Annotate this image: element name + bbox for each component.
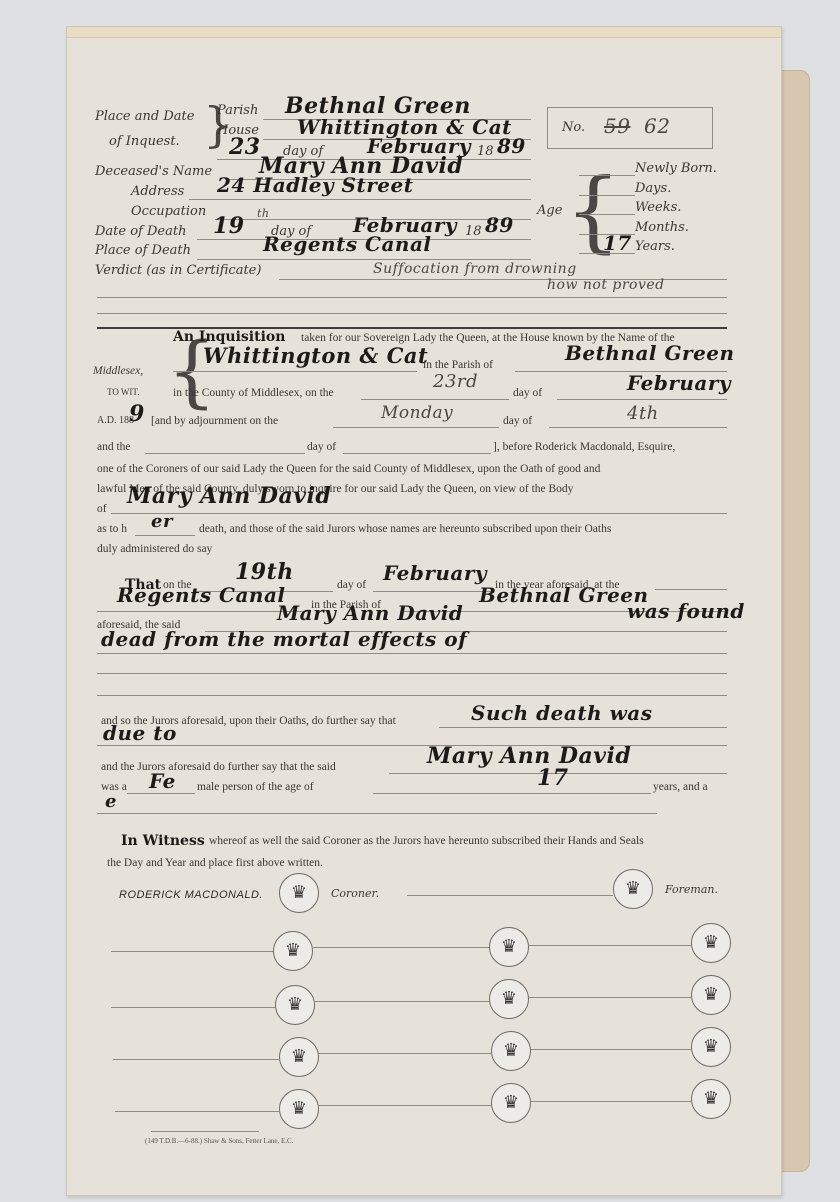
finding-month-value: February	[383, 561, 487, 585]
finding-day-of: day of	[337, 579, 366, 591]
deceased-name-label: Deceased's Name	[95, 164, 212, 179]
age-row: Weeks.	[575, 200, 775, 220]
crown-seal-icon: ♛	[491, 1083, 531, 1123]
number-value: 62	[644, 114, 670, 138]
inquest-number-box: No. 59 62	[547, 107, 713, 149]
before-text: ], before Roderick Macdonald, Esquire,	[493, 441, 675, 453]
adjournment-month-value: 4th	[627, 403, 659, 424]
crown-seal-icon: ♛	[691, 1079, 731, 1119]
date-of-death-year-prefix: 18	[465, 224, 482, 239]
inquisition-document: Place and Date of Inquest. } Parish Beth…	[66, 26, 782, 1196]
occupation-label: Occupation	[131, 204, 206, 219]
inquisition-parish-value: Bethnal Green	[565, 341, 735, 365]
date-of-death-day: 19	[213, 213, 245, 239]
years-and-a-text: years, and a	[653, 781, 708, 793]
crown-seal-icon: ♛	[273, 931, 313, 971]
age-label: Age	[537, 203, 562, 218]
such-death-value: Such death was	[471, 701, 653, 725]
duly-administered-text: duly administered do say	[97, 543, 212, 555]
age-row: Days.	[575, 181, 775, 201]
in-parish-of-label: in the Parish of	[423, 359, 493, 371]
crown-seal-icon: ♛	[279, 1037, 319, 1077]
male-person-text: male person of the age of	[197, 781, 314, 793]
age-rows: Newly Born. Days. Weeks. Months. 17 Year…	[575, 161, 775, 259]
finding-name-value: Mary Ann David	[277, 601, 463, 625]
foreman-label: Foreman.	[665, 883, 718, 896]
ad-year-value: 9	[129, 401, 145, 427]
coroner-name: RODERICK MACDONALD.	[119, 889, 263, 901]
date-of-death-suffix: th	[257, 207, 270, 220]
juror-signature-rows: ♛ ♛ ♛ ♛ ♛ ♛ ♛ ♛ ♛ ♛ ♛ ♛	[67, 917, 781, 1137]
inquisition-month-value: February	[627, 371, 731, 395]
and-the-label: and the	[97, 441, 131, 453]
struck-number: 59	[604, 114, 630, 138]
county-text: in the County of Middlesex, on the	[173, 387, 334, 399]
jurors-said-text: and the Jurors aforesaid do further say …	[101, 761, 336, 773]
finding-place-value: Regents Canal	[117, 583, 286, 607]
crown-seal-icon: ♛	[691, 975, 731, 1015]
date-of-death-year: 89	[485, 213, 514, 237]
crown-seal-icon: ♛	[275, 985, 315, 1025]
crown-seal-icon: ♛	[691, 1027, 731, 1067]
witness-heading: In Witness	[121, 833, 205, 849]
crown-seal-icon: ♛	[489, 979, 529, 1019]
crown-seal-icon: ♛	[489, 927, 529, 967]
crown-seal-icon: ♛	[491, 1031, 531, 1071]
and-the-day-of: day of	[307, 441, 336, 453]
age-value: 17	[537, 765, 569, 791]
day-of-label: day of	[513, 387, 542, 399]
as-to-h-label: as to h	[97, 523, 127, 535]
place-of-death-label: Place of Death	[95, 243, 191, 258]
coroners-line: one of the Coroners of our said Lady the…	[97, 463, 600, 475]
finding-parish-value: Bethnal Green	[479, 583, 649, 607]
inquest-day-value: 23	[229, 134, 261, 160]
due-to-value: due to	[103, 721, 177, 745]
dead-from-value: dead from the mortal effects of	[101, 627, 467, 651]
jurors-said-name: Mary Ann David	[427, 743, 631, 769]
printer-imprint: (149 T.D.B.—6-88.) Shaw & Sons, Fetter L…	[145, 1137, 293, 1145]
inquest-year-value: 89	[497, 134, 526, 158]
witness-text-2: the Day and Year and place first above w…	[107, 857, 323, 869]
adjournment-day-of: day of	[503, 415, 532, 427]
of-inquest-label: of Inquest.	[109, 134, 180, 149]
of-label: of	[97, 503, 107, 515]
to-wit-label: TO WIT.	[107, 387, 140, 397]
last-line-value: e	[105, 791, 117, 812]
year-prefix: 18	[477, 144, 494, 159]
inquisition-day-value: 23rd	[433, 371, 478, 392]
finding-day-value: 19th	[235, 559, 294, 585]
fe-value: Fe	[149, 769, 176, 793]
age-years-value: 17	[603, 231, 632, 255]
county-label: Middlesex,	[93, 365, 143, 377]
crown-seal-icon: ♛	[279, 873, 319, 913]
crown-seal-icon: ♛	[613, 869, 653, 909]
address-value: 24 Hadley Street	[217, 173, 413, 197]
verdict-line-1: Suffocation from drowning	[373, 261, 577, 277]
witness-text-1: whereof as well the said Coroner as the …	[209, 835, 644, 847]
as-to-h-value: er	[151, 511, 173, 532]
age-row: Newly Born.	[575, 161, 775, 181]
parish-label: Parish	[217, 103, 258, 118]
number-label: No.	[562, 120, 585, 135]
adjournment-text: [and by adjournment on the	[151, 415, 278, 427]
page-top-edge	[67, 27, 781, 38]
date-of-death-label: Date of Death	[95, 224, 186, 239]
verdict-line-2: how not proved	[547, 277, 665, 293]
death-text: death, and those of the said Jurors whos…	[199, 523, 611, 535]
age-row: 17 Years.	[575, 239, 775, 259]
place-of-death-value: Regents Canal	[263, 232, 432, 256]
adjournment-day-value: Monday	[381, 403, 453, 423]
address-label: Address	[131, 184, 184, 199]
inquisition-house-value: Whittington & Cat	[203, 343, 428, 368]
crown-seal-icon: ♛	[279, 1089, 319, 1129]
verdict-label: Verdict (as in Certificate)	[95, 263, 261, 278]
was-found-value: was found	[627, 599, 745, 623]
coroner-label: Coroner.	[331, 887, 379, 900]
body-name-value: Mary Ann David	[127, 483, 331, 509]
crown-seal-icon: ♛	[691, 923, 731, 963]
place-and-date-label: Place and Date	[95, 109, 194, 124]
